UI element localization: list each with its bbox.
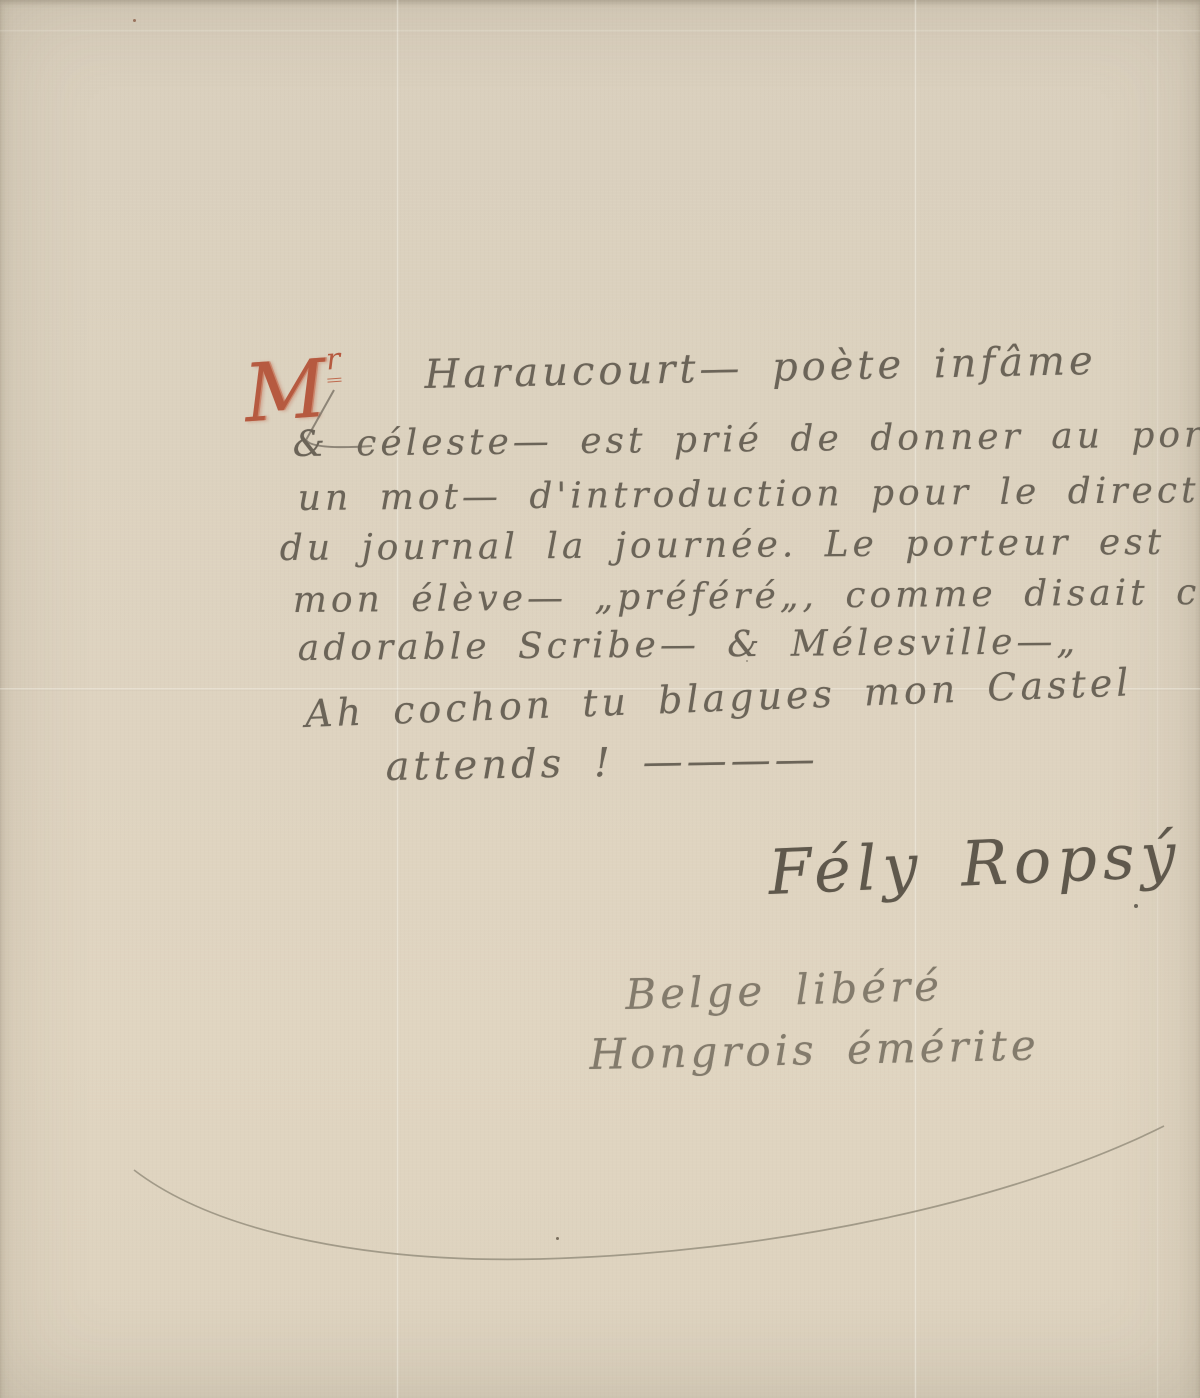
- letter-page: Mr Haraucourt— poète infâme & céleste— e…: [0, 0, 1200, 1398]
- body-line-5: mon élève— „préféré„, comme disait cet: [293, 572, 1200, 621]
- postscript-line-2: Hongrois émérite: [589, 1021, 1040, 1079]
- body-line-4: du journal la journée. Le porteur est: [280, 522, 1166, 569]
- body-line-8: attends ! ————: [385, 736, 819, 790]
- body-line-7: Ah cochon tu blagues mon Castel: [304, 660, 1133, 736]
- postscript-line-1: Belge libéré: [625, 961, 944, 1019]
- body-line-2: & céleste— est prié de donner au porteur: [293, 413, 1200, 465]
- monogram-superscript: r: [325, 342, 342, 383]
- body-line-1: Haraucourt— poète infâme: [424, 338, 1097, 398]
- body-line-6: adorable Scribe— & Mélesville—„: [298, 621, 1080, 669]
- fold-crease-vertical-edge: [1156, 0, 1159, 1398]
- signature-dot: [1134, 904, 1138, 908]
- paper-speck: [604, 1284, 607, 1287]
- paper-speck: [556, 1237, 559, 1240]
- signature: Fély Ropsý: [767, 818, 1183, 909]
- monogram-mr: Mr: [241, 345, 345, 435]
- paper-speck: [746, 660, 748, 662]
- body-line-3: un mot— d'introduction pour le directeur: [298, 469, 1200, 519]
- paper-speck: [133, 19, 136, 22]
- fold-crease-horizontal-top: [0, 30, 1200, 33]
- bottom-flourish-path: [134, 1126, 1164, 1259]
